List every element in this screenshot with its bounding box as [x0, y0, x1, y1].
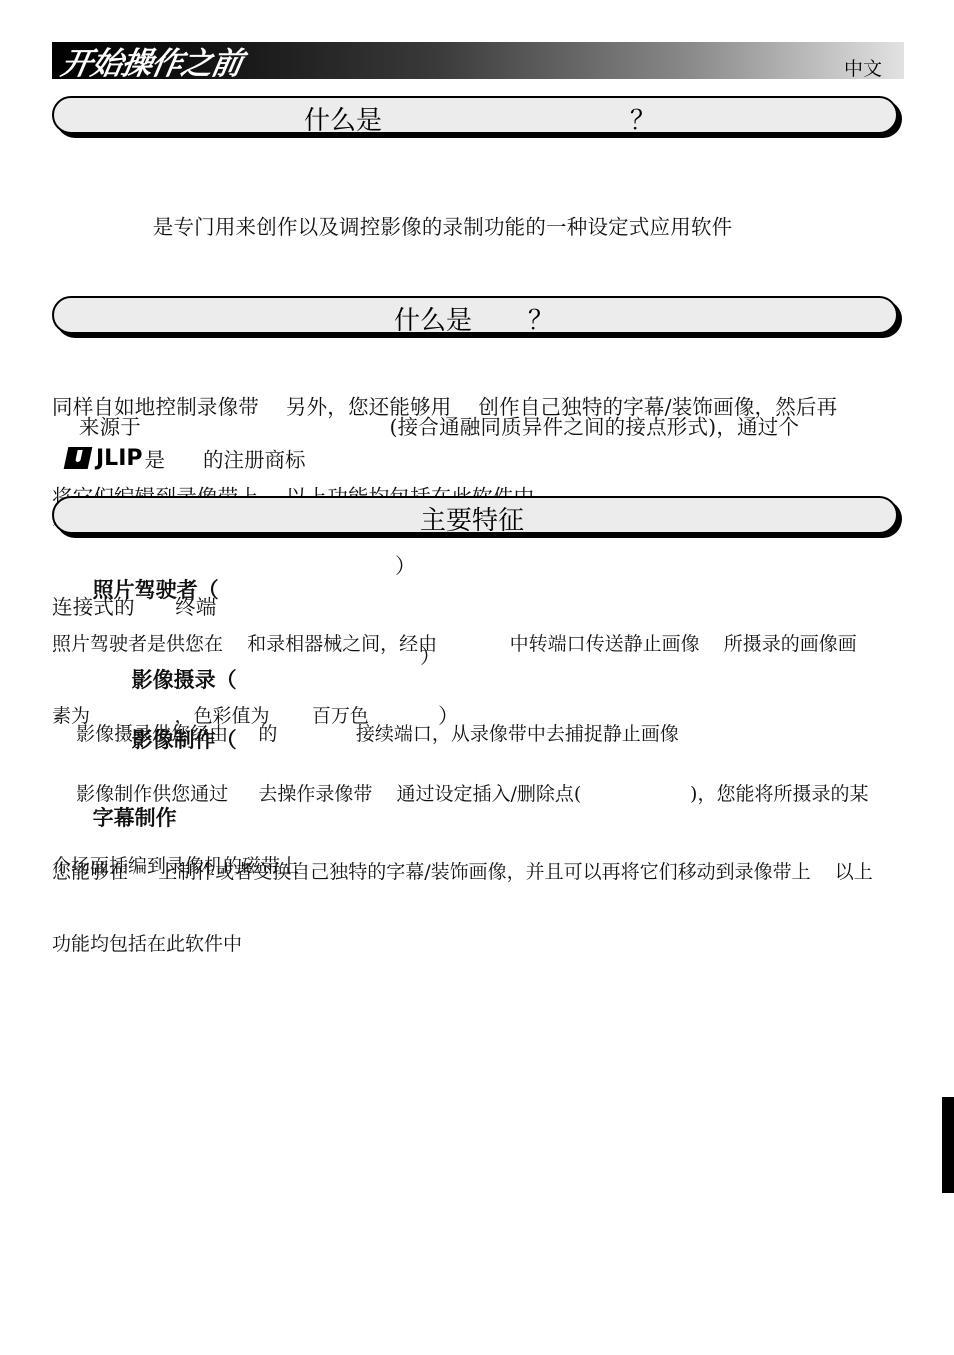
- section-heading-what-is-software: 什么是 ？: [52, 96, 898, 134]
- description-line: 影像制作供您通过 去操作录像带 通过设定插入/删除点( )，您能将所摄录的某: [52, 782, 904, 806]
- page-title: 开始操作之前: [58, 38, 246, 83]
- page-header-bar: 开始操作之前 中文: [52, 42, 904, 79]
- jlip-logo-text: JLIP: [96, 446, 143, 471]
- feature-heading-close-paren: ）: [395, 550, 416, 580]
- language-label: 中文: [844, 54, 882, 81]
- feature-heading-close-paren: ）: [420, 640, 441, 670]
- jlip-logo-icon: [64, 447, 93, 469]
- section-title-prefix: 什么是: [304, 100, 382, 137]
- section-title-prefix: 什么是: [394, 300, 472, 337]
- feature-heading-close-paren: ）: [438, 700, 459, 730]
- trademark-text: 的注册商标: [203, 443, 306, 473]
- description-line: 功能均包括在此软件中: [52, 932, 904, 956]
- section-heading-what-is-jlip: 什么是 ？: [52, 296, 898, 334]
- section-title: 主要特征: [420, 500, 524, 537]
- feature-description-title-creation: 您能够在 上制作或者变换自己独特的字幕/装饰画像，并且可以再将它们移动到录像带上…: [52, 812, 904, 980]
- description-line: 您能够在 上制作或者变换自己独特的字幕/装饰画像，并且可以再将它们移动到录像带上…: [52, 860, 904, 884]
- trademark-connector: 是: [145, 443, 166, 473]
- jlip-trademark-line: JLIP 是 的注册商标: [66, 444, 306, 472]
- section-title-question-mark: ？: [528, 300, 554, 337]
- paragraph-line: 是专门用来创作以及调控影像的录制功能的一种设定式应用软件: [52, 212, 904, 242]
- paragraph-line: 来源于 (接合通融同质异件之间的接点形式)，通过个: [52, 412, 904, 442]
- page-edge-tab-marker: [942, 1097, 954, 1193]
- section-title-question-mark: ？: [630, 100, 656, 137]
- section-heading-main-features: 主要特征: [52, 496, 898, 534]
